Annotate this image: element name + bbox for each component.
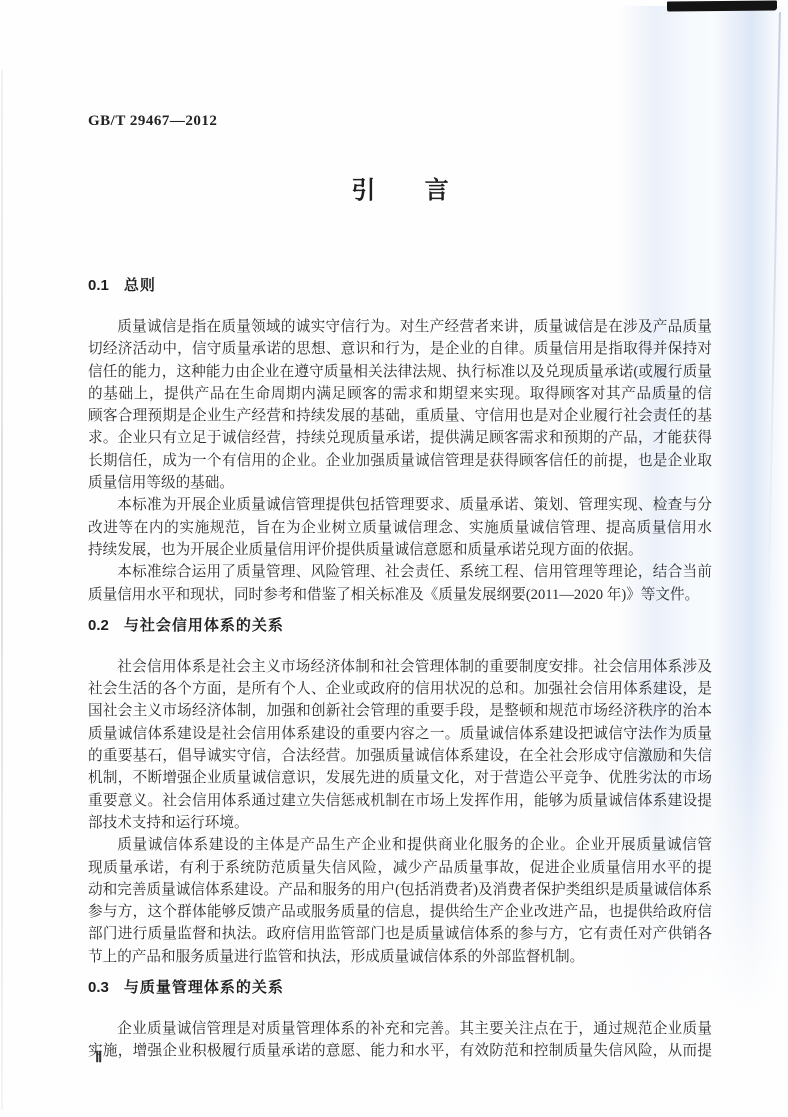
text-line: 企业质量诚信管理是对质量管理体系的补充和完善。其主要关注点在于，通过规范企业质量… — [88, 1018, 712, 1040]
paragraph: 本标准综合运用了质量管理、风险管理、社会责任、系统工程、信用管理等理论，结合当前… — [88, 561, 712, 606]
text-line: 参与方，这个群体能够反馈产品或服务质量的信息，提供给生产企业改进产品，也提供给政… — [88, 901, 712, 923]
section-heading: 0.3与质量管理体系的关系 — [88, 977, 712, 999]
section-heading-text: 总则 — [124, 275, 156, 297]
text-line: 信任的能力，这种能力由企业在遵守质量相关法律法规、执行标准以及兑现质量承诺(或履… — [88, 361, 712, 383]
left-edge-line — [1, 70, 3, 1110]
section-heading: 0.2与社会信用体系的关系 — [88, 615, 712, 637]
text-line: 动和完善质量诚信体系建设。产品和服务的用户(包括消费者)及消费者保护类组织是质量… — [88, 879, 712, 901]
text-line: 改进等在内的实施规范，旨在为企业树立质量诚信理念、实施质量诚信管理、提高质量信用… — [88, 517, 712, 539]
text-line: 质量诚信是指在质量领域的诚实守信行为。对生产经营者来讲，质量诚信是在涉及产品质量… — [88, 316, 712, 338]
document-title: 引言 — [88, 176, 712, 209]
text-line: 部技术支持和运行环境。 — [88, 812, 712, 834]
paragraph: 质量诚信是指在质量领域的诚实守信行为。对生产经营者来讲，质量诚信是在涉及产品质量… — [88, 316, 712, 494]
text-line: 节上的产品和服务质量进行监管和执法，形成质量诚信体系的外部监督机制。 — [88, 946, 712, 968]
section-heading: 0.1总则 — [88, 275, 712, 297]
page-number: Ⅱ — [95, 1048, 102, 1068]
scan-artifact-bar — [667, 1, 777, 12]
text-line: 质量信用等级的基础。 — [88, 472, 712, 494]
text-line: 实施，增强企业积极履行质量承诺的意愿、能力和水平，有效防范和控制质量失信风险，从… — [88, 1040, 712, 1062]
scanned-document-page: GB/T 29467—2012 引言 0.1总则质量诚信是指在质量领域的诚实守信… — [0, 0, 788, 1117]
section-number: 0.1 — [88, 275, 109, 297]
section-0.1: 0.1总则质量诚信是指在质量领域的诚实守信行为。对生产经营者来讲，质量诚信是在涉… — [88, 275, 712, 606]
text-line: 本标准综合运用了质量管理、风险管理、社会责任、系统工程、信用管理等理论，结合当前… — [88, 561, 712, 583]
standard-code-header: GB/T 29467—2012 — [88, 110, 712, 132]
paragraph: 本标准为开展企业质量诚信管理提供包括管理要求、质量承诺、策划、管理实现、检查与分… — [88, 494, 712, 561]
text-line: 现质量承诺，有利于系统防范质量失信风险，减少产品质量事故，促进企业质量信用水平的… — [88, 857, 712, 879]
sections-container: 0.1总则质量诚信是指在质量领域的诚实守信行为。对生产经营者来讲，质量诚信是在涉… — [88, 275, 712, 1063]
section-heading-text: 与质量管理体系的关系 — [124, 977, 284, 999]
text-line: 持续发展，也为开展企业质量信用评价提供质量诚信意愿和质量承诺兑现方面的依据。 — [88, 539, 712, 561]
text-line: 社会生活的各个方面，是所有个人、企业或政府的信用状况的总和。加强社会信用体系建设… — [88, 678, 712, 700]
text-line: 的基础上，提供产品在生命周期内满足顾客的需求和期望来实现。取得顾客对其产品质量的… — [88, 383, 712, 405]
text-line: 重要意义。社会信用体系通过建立失信惩戒机制在市场上发挥作用，能够为质量诚信体系建… — [88, 790, 712, 812]
text-line: 部门进行质量监督和执法。政府信用监管部门也是质量诚信体系的参与方，它有责任对产供… — [88, 923, 712, 945]
text-line: 求。企业只有立足于诚信经营，持续兑现质量承诺，提供满足顾客需求和预期的产品，才能… — [88, 427, 712, 449]
section-number: 0.3 — [88, 977, 109, 999]
page-edge-line — [767, 12, 781, 632]
paragraph: 企业质量诚信管理是对质量管理体系的补充和完善。其主要关注点在于，通过规范企业质量… — [88, 1018, 712, 1063]
paragraph: 质量诚信体系建设的主体是产品生产企业和提供商业化服务的企业。企业开展质量诚信管理… — [88, 834, 712, 968]
text-line: 的重要基石，倡导诚实守信，合法经营。加强质量诚信体系建设，在全社会形成守信激励和… — [88, 745, 712, 767]
text-line: 长期信任，成为一个有信用的企业。企业加强质量诚信管理是获得顾客信任的前提，也是企… — [88, 450, 712, 472]
page-content: GB/T 29467—2012 引言 0.1总则质量诚信是指在质量领域的诚实守信… — [88, 110, 712, 1063]
paragraph: 社会信用体系是社会主义市场经济体制和社会管理体制的重要制度安排。社会信用体系涉及… — [88, 656, 712, 834]
text-line: 质量诚信体系建设的主体是产品生产企业和提供商业化服务的企业。企业开展质量诚信管理… — [88, 834, 712, 856]
text-line: 质量诚信体系建设是社会信用体系建设的重要内容之一。质量诚信体系建设把诚信守法作为… — [88, 723, 712, 745]
section-heading-text: 与社会信用体系的关系 — [124, 615, 284, 637]
text-line: 本标准为开展企业质量诚信管理提供包括管理要求、质量承诺、策划、管理实现、检查与分… — [88, 494, 712, 516]
document-title-text: 引言 — [302, 177, 498, 204]
text-line: 国社会主义市场经济体制，加强和创新社会管理的重要手段，是整顿和规范市场经济秩序的… — [88, 700, 712, 722]
section-0.2: 0.2与社会信用体系的关系社会信用体系是社会主义市场经济体制和社会管理体制的重要… — [88, 615, 712, 968]
section-number: 0.2 — [88, 615, 109, 637]
text-line: 社会信用体系是社会主义市场经济体制和社会管理体制的重要制度安排。社会信用体系涉及… — [88, 656, 712, 678]
text-line: 顾客合理预期是企业生产经营和持续发展的基础，重质量、守信用也是对企业履行社会责任… — [88, 405, 712, 427]
text-line: 切经济活动中，信守质量承诺的思想、意识和行为，是企业的自律。质量信用是指取得并保… — [88, 338, 712, 360]
section-0.3: 0.3与质量管理体系的关系企业质量诚信管理是对质量管理体系的补充和完善。其主要关… — [88, 977, 712, 1063]
text-line: 质量信用水平和现状，同时参考和借鉴了相关标准及《质量发展纲要(2011—2020… — [88, 584, 712, 606]
text-line: 机制，不断增强企业质量诚信意识，发展先进的质量文化，对于营造公平竞争、优胜劣汰的… — [88, 767, 712, 789]
